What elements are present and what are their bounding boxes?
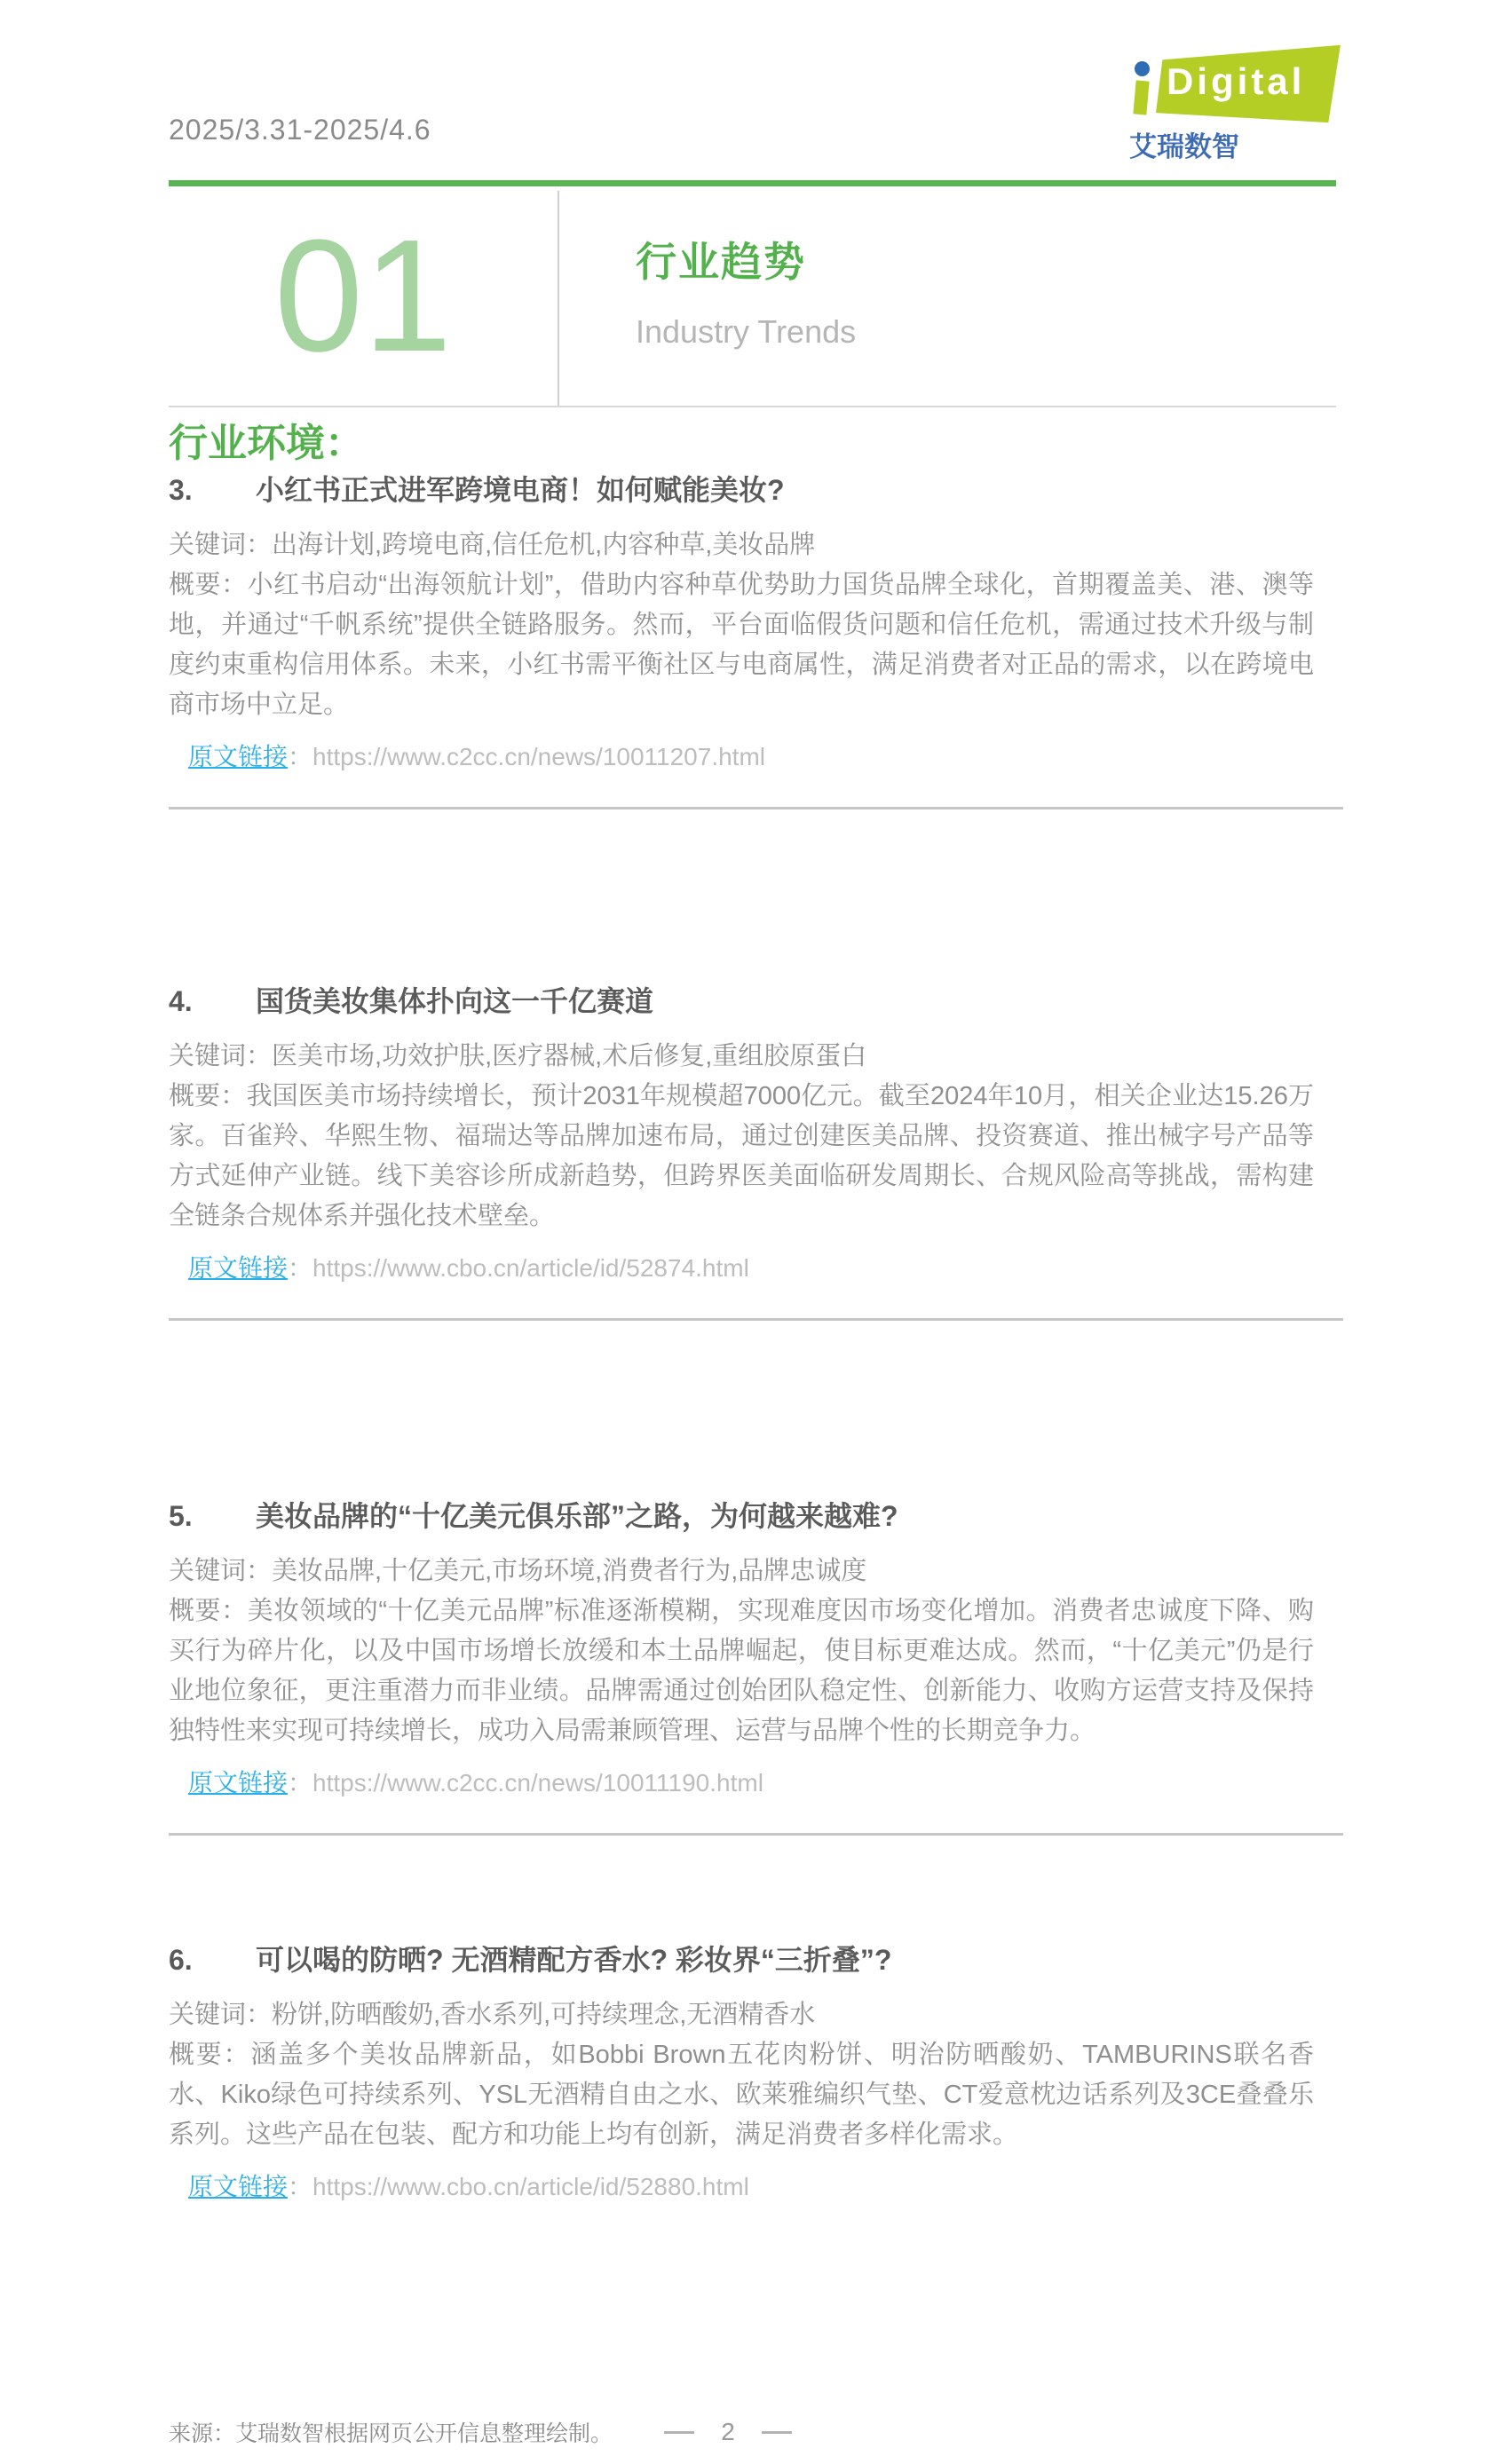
page-dash-left — [664, 2431, 694, 2434]
article-link-row: 原文链接：https://www.c2cc.cn/news/10011190.h… — [188, 1765, 1343, 1801]
link-colon: ： — [288, 2173, 312, 2200]
source-link[interactable]: 原文链接 — [188, 1769, 288, 1797]
footer-source-note: 来源：艾瑞数智根据网页公开信息整理绘制。 — [169, 2416, 613, 2448]
article-keywords: 关键词：出海计划,跨境电商,信任危机,内容种草,美妆品牌 — [169, 525, 1314, 565]
summary-label: 概要： — [169, 1597, 248, 1625]
article-title: 小红书正式进军跨境电商！如何赋能美妆? — [256, 472, 785, 508]
article-link-row: 原文链接：https://www.cbo.cn/article/id/52874… — [188, 1251, 1343, 1286]
article-link-row: 原文链接：https://www.cbo.cn/article/id/52880… — [188, 2169, 1343, 2205]
page-number: 2 — [721, 2418, 735, 2446]
keywords-label: 关键词： — [169, 531, 272, 559]
article-heading: 6. 可以喝的防晒? 无酒精配方香水? 彩妆界“三折叠”? — [169, 1942, 1343, 1978]
section-title-cn: 行业趋势 — [636, 230, 856, 288]
page-dash-right — [762, 2431, 792, 2434]
source-link[interactable]: 原文链接 — [188, 743, 288, 770]
article-title: 可以喝的防晒? 无酒精配方香水? 彩妆界“三折叠”? — [256, 1942, 891, 1978]
article-item-6: 6. 可以喝的防晒? 无酒精配方香水? 彩妆界“三折叠”? 关键词：粉饼,防晒酸… — [169, 1942, 1343, 2205]
summary-text: 美妆领域的“十亿美元品牌”标准逐渐模糊，实现难度因市场变化增加。消费者忠诚度下降… — [169, 1597, 1314, 1745]
article-item-5: 5. 美妆品牌的“十亿美元俱乐部”之路，为何越来越难? 关键词：美妆品牌,十亿美… — [169, 1498, 1343, 1836]
logo-i-stem-icon — [1133, 80, 1149, 115]
article-number: 6. — [169, 1942, 256, 1978]
link-url: https://www.c2cc.cn/news/10011207.html — [312, 743, 765, 770]
article-title: 美妆品牌的“十亿美元俱乐部”之路，为何越来越难? — [256, 1498, 898, 1534]
header-divider-line — [169, 180, 1336, 186]
article-title: 国货美妆集体扑向这一千亿赛道 — [256, 983, 653, 1019]
article-number: 4. — [169, 983, 256, 1019]
summary-label: 概要： — [169, 1082, 246, 1110]
report-page: 2025/3.31-2025/4.6 Digital 艾瑞数智 01 行业趋势 … — [0, 0, 1503, 2464]
summary-text: 我国医美市场持续增长，预计2031年规模超7000亿元。截至2024年10月，相… — [169, 1082, 1314, 1230]
link-url: https://www.cbo.cn/article/id/52874.html — [312, 1254, 749, 1282]
keywords-text: 美妆品牌,十亿美元,市场环境,消费者行为,品牌忠诚度 — [272, 1557, 866, 1585]
section-number: 01 — [169, 191, 558, 406]
article-summary: 概要：涵盖多个美妆品牌新品，如Bobbi Brown五花肉粉饼、明治防晒酸奶、T… — [169, 2035, 1314, 2155]
source-link[interactable]: 原文链接 — [188, 2173, 288, 2200]
section-titles: 行业趋势 Industry Trends — [559, 191, 856, 406]
idigital-logo: Digital — [1127, 37, 1348, 126]
keywords-label: 关键词： — [169, 1557, 272, 1585]
article-link-row: 原文链接：https://www.c2cc.cn/news/10011207.h… — [188, 739, 1343, 775]
article-summary: 概要：我国医美市场持续增长，预计2031年规模超7000亿元。截至2024年10… — [169, 1077, 1314, 1236]
article-item-3: 3. 小红书正式进军跨境电商！如何赋能美妆? 关键词：出海计划,跨境电商,信任危… — [169, 472, 1343, 809]
link-colon: ： — [288, 1254, 312, 1282]
link-colon: ： — [288, 1769, 312, 1797]
article-heading: 4. 国货美妆集体扑向这一千亿赛道 — [169, 983, 1343, 1019]
company-name: 艾瑞数智 — [1129, 124, 1337, 164]
article-summary: 概要：小红书启动“出海领航计划”，借助内容种草优势助力国货品牌全球化，首期覆盖美… — [169, 565, 1314, 725]
summary-text: 小红书启动“出海领航计划”，借助内容种草优势助力国货品牌全球化，首期覆盖美、港、… — [169, 571, 1314, 719]
source-link[interactable]: 原文链接 — [188, 1254, 288, 1282]
link-url: https://www.c2cc.cn/news/10011190.html — [312, 1769, 763, 1797]
article-number: 3. — [169, 472, 256, 508]
report-date-range: 2025/3.31-2025/4.6 — [169, 114, 431, 146]
article-keywords: 关键词：美妆品牌,十亿美元,市场环境,消费者行为,品牌忠诚度 — [169, 1552, 1314, 1591]
article-number: 5. — [169, 1498, 256, 1534]
keywords-label: 关键词： — [169, 2001, 272, 2029]
main-content: 01 行业趋势 Industry Trends 行业环境： 3. 小红书正式进军… — [0, 191, 1503, 2205]
section-title-en: Industry Trends — [636, 313, 856, 351]
section-header: 01 行业趋势 Industry Trends — [169, 191, 1503, 406]
article-heading: 5. 美妆品牌的“十亿美元俱乐部”之路，为何越来越难? — [169, 1498, 1343, 1534]
logo-brand-text: Digital — [1167, 60, 1305, 103]
article-divider — [169, 807, 1343, 809]
logo-i-dot-icon — [1135, 61, 1150, 76]
link-url: https://www.cbo.cn/article/id/52880.html — [312, 2173, 749, 2200]
keywords-text: 出海计划,跨境电商,信任危机,内容种草,美妆品牌 — [272, 531, 815, 559]
article-divider — [169, 1833, 1343, 1836]
subsection-heading: 行业环境： — [169, 420, 1503, 467]
article-heading: 3. 小红书正式进军跨境电商！如何赋能美妆? — [169, 472, 1343, 508]
link-colon: ： — [288, 743, 312, 770]
summary-text: 涵盖多个美妆品牌新品，如Bobbi Brown五花肉粉饼、明治防晒酸奶、TAMB… — [169, 2041, 1314, 2149]
keywords-label: 关键词： — [169, 1042, 272, 1070]
summary-label: 概要： — [169, 571, 248, 599]
summary-label: 概要： — [169, 2041, 250, 2069]
keywords-text: 医美市场,功效护肤,医疗器械,术后修复,重组胶原蛋白 — [272, 1042, 866, 1070]
article-divider — [169, 1318, 1343, 1321]
article-list: 3. 小红书正式进军跨境电商！如何赋能美妆? 关键词：出海计划,跨境电商,信任危… — [169, 472, 1343, 2205]
article-summary: 概要：美妆领域的“十亿美元品牌”标准逐渐模糊，实现难度因市场变化增加。消费者忠诚… — [169, 1591, 1314, 1751]
section-bottom-line — [169, 406, 1336, 407]
keywords-text: 粉饼,防晒酸奶,香水系列,可持续理念,无酒精香水 — [272, 2001, 815, 2029]
footer-page-indicator: 2 — [621, 2418, 835, 2446]
article-keywords: 关键词：粉饼,防晒酸奶,香水系列,可持续理念,无酒精香水 — [169, 1995, 1314, 2035]
article-item-4: 4. 国货美妆集体扑向这一千亿赛道 关键词：医美市场,功效护肤,医疗器械,术后修… — [169, 983, 1343, 1321]
article-keywords: 关键词：医美市场,功效护肤,医疗器械,术后修复,重组胶原蛋白 — [169, 1037, 1314, 1077]
